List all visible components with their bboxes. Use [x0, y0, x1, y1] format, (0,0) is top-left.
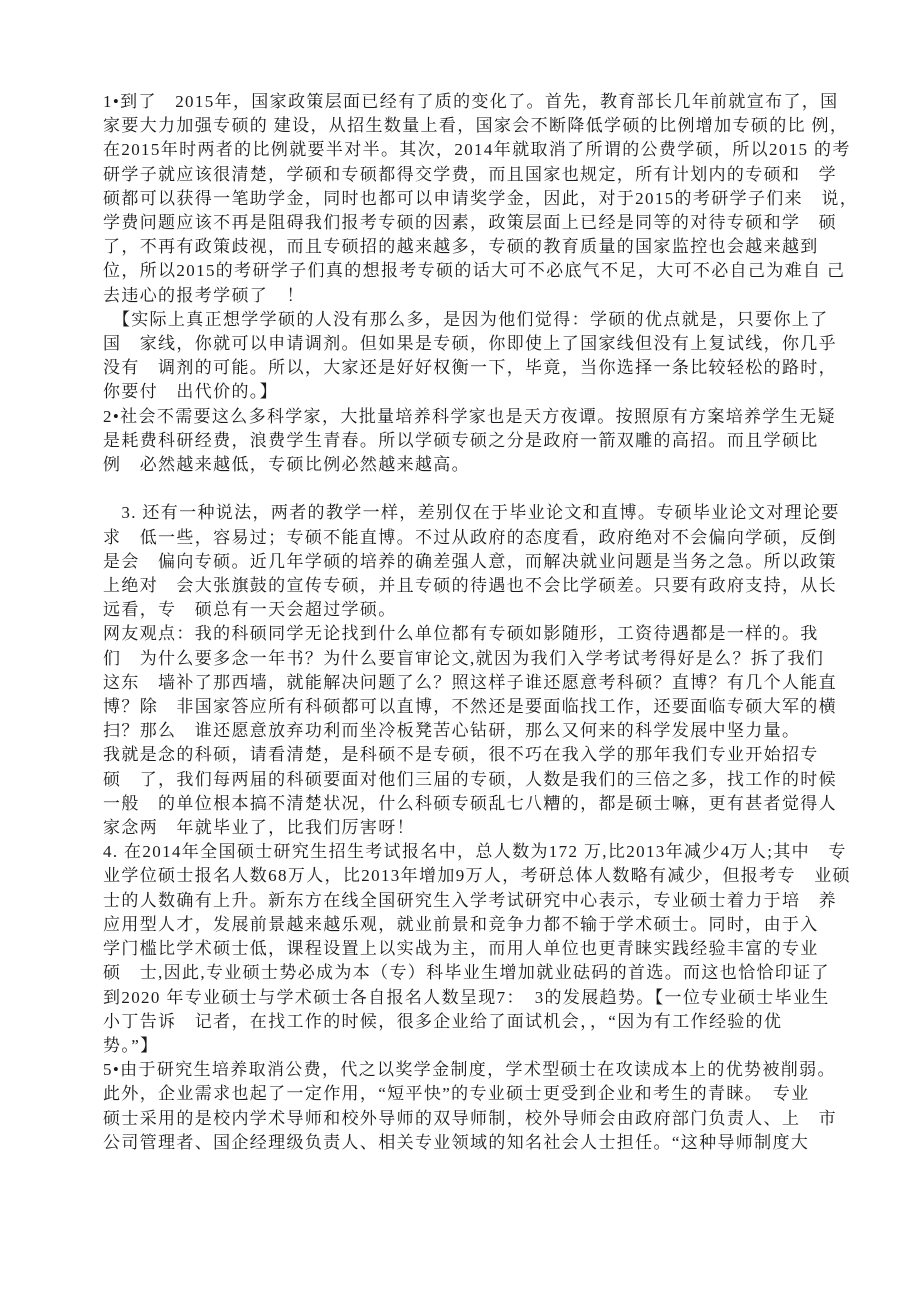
text-line: 势。”】: [103, 1034, 819, 1058]
text-line: 国 家线，你就可以申请调剂。但如果是专硕，你即使上了国家线但没有上复试线，你几乎: [103, 332, 819, 356]
text-line: 是会 偏向专硕。近几年学硕的培养的确差强人意，而解决就业问题是当务之急。所以政策: [103, 550, 819, 574]
paragraph: 5•由于研究生培养取消公费，代之以奖学金制度，学术型硕士在攻读成本上的优势被削弱…: [103, 1058, 819, 1155]
document-text: 1•到了 2015年，国家政策层面已经有了质的变化了。首先，教育部长几年前就宣布…: [103, 90, 819, 1155]
text-line: 求 低一些，容易过；专硕不能直博。不过从政府的态度看，政府绝对不会偏向学硕，反倒: [103, 526, 819, 550]
text-line: 此外，企业需求也起了一定作用，“短平快”的专业硕士更受到企业和考生的青睐。 专业: [103, 1082, 819, 1106]
text-line: 1•到了 2015年，国家政策层面已经有了质的变化了。首先，教育部长几年前就宣布…: [103, 90, 819, 114]
paragraph: 4. 在2014年全国硕士研究生招生考试报名中，总人数为172 万,比2013年…: [103, 840, 819, 1058]
paragraph: 【实际上真正想学学硕的人没有那么多，是因为他们觉得：学硕的优点就是，只要你上了国…: [103, 308, 819, 405]
text-line: 们 为什么要多念一年书？为什么要盲审论文,就因为我们入学考试考得好是么？拆了我们: [103, 647, 819, 671]
text-line: 研学子就应该很清楚，学硕和专硕都得交学费，而且国家也规定，所有计划内的专硕和 学: [103, 163, 819, 187]
text-line: 了，不再有政策歧视，而且专硕招的越来越多，专硕的教育质量的国家监控也会越来越到: [103, 235, 819, 259]
text-line: 业学位硕士报名人数68万人，比2013年增加9万人，考研总体人数略有减少，但报考…: [103, 864, 819, 888]
paragraph: 2•社会不需要这么多科学家，大批量培养科学家也是天方夜谭。按照原有方案培养学生无…: [103, 405, 819, 478]
text-line: 这东 墙补了那西墙，就能解决问题了么？照这样子谁还愿意考科硕？直博？有几个人能直: [103, 671, 819, 695]
text-line: 位，所以2015的考研学子们真的想报考专硕的话大可不必底气不足，大可不必自己为难…: [103, 259, 819, 283]
text-line: 是耗费科研经费，浪费学生青春。所以学硕专硕之分是政府一箭双雕的高招。而且学硕比: [103, 429, 819, 453]
text-line: 小丁告诉 记者，在找工作的时候，很多企业给了面试机会，，“因为有工作经验的优: [103, 1010, 819, 1034]
text-line: 5•由于研究生培养取消公费，代之以奖学金制度，学术型硕士在攻读成本上的优势被削弱…: [103, 1058, 819, 1082]
text-line: 学费问题应该不再是阻碍我们报考专硕的因素，政策层面上已经是同等的对待专硕和学 硕: [103, 211, 819, 235]
text-line: 学门槛比学术硕士低，课程设置上以实战为主，而用人单位也更青睐实践经验丰富的专业: [103, 937, 819, 961]
paragraph: 我就是念的科硕，请看清楚，是科硕不是专硕，很不巧在我入学的那年我们专业开始招专硕…: [103, 743, 819, 840]
text-line: 4. 在2014年全国硕士研究生招生考试报名中，总人数为172 万,比2013年…: [103, 840, 819, 864]
text-line: 家念两 年就毕业了，比我们厉害呀！: [103, 816, 819, 840]
text-line: 一般 的单位根本搞不清楚状况，什么科硕专硕乱七八糟的，都是硕士嘛，更有甚者觉得人: [103, 792, 819, 816]
text-line: 2•社会不需要这么多科学家，大批量培养科学家也是天方夜谭。按照原有方案培养学生无…: [103, 405, 819, 429]
text-line: 公司管理者、国企经理级负责人、相关专业领域的知名社会人士担任。“这种导师制度大: [103, 1131, 819, 1155]
text-line: 【实际上真正想学学硕的人没有那么多，是因为他们觉得：学硕的优点就是，只要你上了: [103, 308, 819, 332]
paragraph: 3. 还有一种说法，两者的教学一样，差别仅在于毕业论文和直博。专硕毕业论文对理论…: [103, 501, 819, 622]
paragraph: 1•到了 2015年，国家政策层面已经有了质的变化了。首先，教育部长几年前就宣布…: [103, 90, 819, 308]
text-line: 3. 还有一种说法，两者的教学一样，差别仅在于毕业论文和直博。专硕毕业论文对理论…: [103, 501, 819, 525]
text-line: 硕 士,因此,专业硕士势必成为本（专）科毕业生增加就业砝码的首选。而这也恰恰印证…: [103, 961, 819, 985]
text-line: 去违心的报考学硕了 ！: [103, 284, 819, 308]
text-line: 没有 调剂的可能。所以，大家还是好好权衡一下，毕竟，当你选择一条比较轻松的路时，: [103, 356, 819, 380]
paragraph: 网友观点：我的科硕同学无论找到什么单位都有专硕如影随形，工资待遇都是一样的。我们…: [103, 622, 819, 743]
text-line: 硕 了，我们每两届的科硕要面对他们三届的专硕，人数是我们的三倍之多，找工作的时候: [103, 768, 819, 792]
text-line: 硕士采用的是校内学术导师和校外导师的双导师制，校外导师会由政府部门负责人、上 市: [103, 1107, 819, 1131]
text-line: 应用型人才，发展前景越来越乐观，就业前景和竞争力都不输于学术硕士。同时，由于入: [103, 913, 819, 937]
text-line: 到2020 年专业硕士与学术硕士各自报名人数呈现7： 3的发展趋势。【一位专业硕…: [103, 986, 819, 1010]
text-line: 扫？那么 谁还愿意放弃功利而坐冷板凳苦心钻研，那么又何来的科学发展中坚力量。: [103, 719, 819, 743]
text-line: 博？除 非国家答应所有科硕都可以直博，不然还是要面临找工作，还要面临专硕大军的横: [103, 695, 819, 719]
blank-line: [103, 477, 819, 501]
document-page: 1•到了 2015年，国家政策层面已经有了质的变化了。首先，教育部长几年前就宣布…: [0, 0, 920, 1302]
text-line: 你要付 出代价的。】: [103, 380, 819, 404]
text-line: 士的人数确有上升。新东方在线全国研究生入学考试研究中心表示，专业硕士着力于培 养: [103, 889, 819, 913]
text-line: 远看，专 硕总有一天会超过学硕。: [103, 598, 819, 622]
text-line: 在2015年时两者的比例就要半对半。其次，2014年就取消了所谓的公费学硕，所以…: [103, 138, 819, 162]
text-line: 硕都可以获得一笔助学金，同时也都可以申请奖学金，因此，对于2015的考研学子们来…: [103, 187, 819, 211]
text-line: 家要大力加强专硕的 建设，从招生数量上看，国家会不断降低学硕的比例增加专硕的比 …: [103, 114, 819, 138]
text-line: 例 必然越来越低，专硕比例必然越来越高。: [103, 453, 819, 477]
text-line: 我就是念的科硕，请看清楚，是科硕不是专硕，很不巧在我入学的那年我们专业开始招专: [103, 743, 819, 767]
text-line: 网友观点：我的科硕同学无论找到什么单位都有专硕如影随形，工资待遇都是一样的。我: [103, 622, 819, 646]
text-line: 上绝对 会大张旗鼓的宣传专硕，并且专硕的待遇也不会比学硕差。只要有政府支持，从长: [103, 574, 819, 598]
